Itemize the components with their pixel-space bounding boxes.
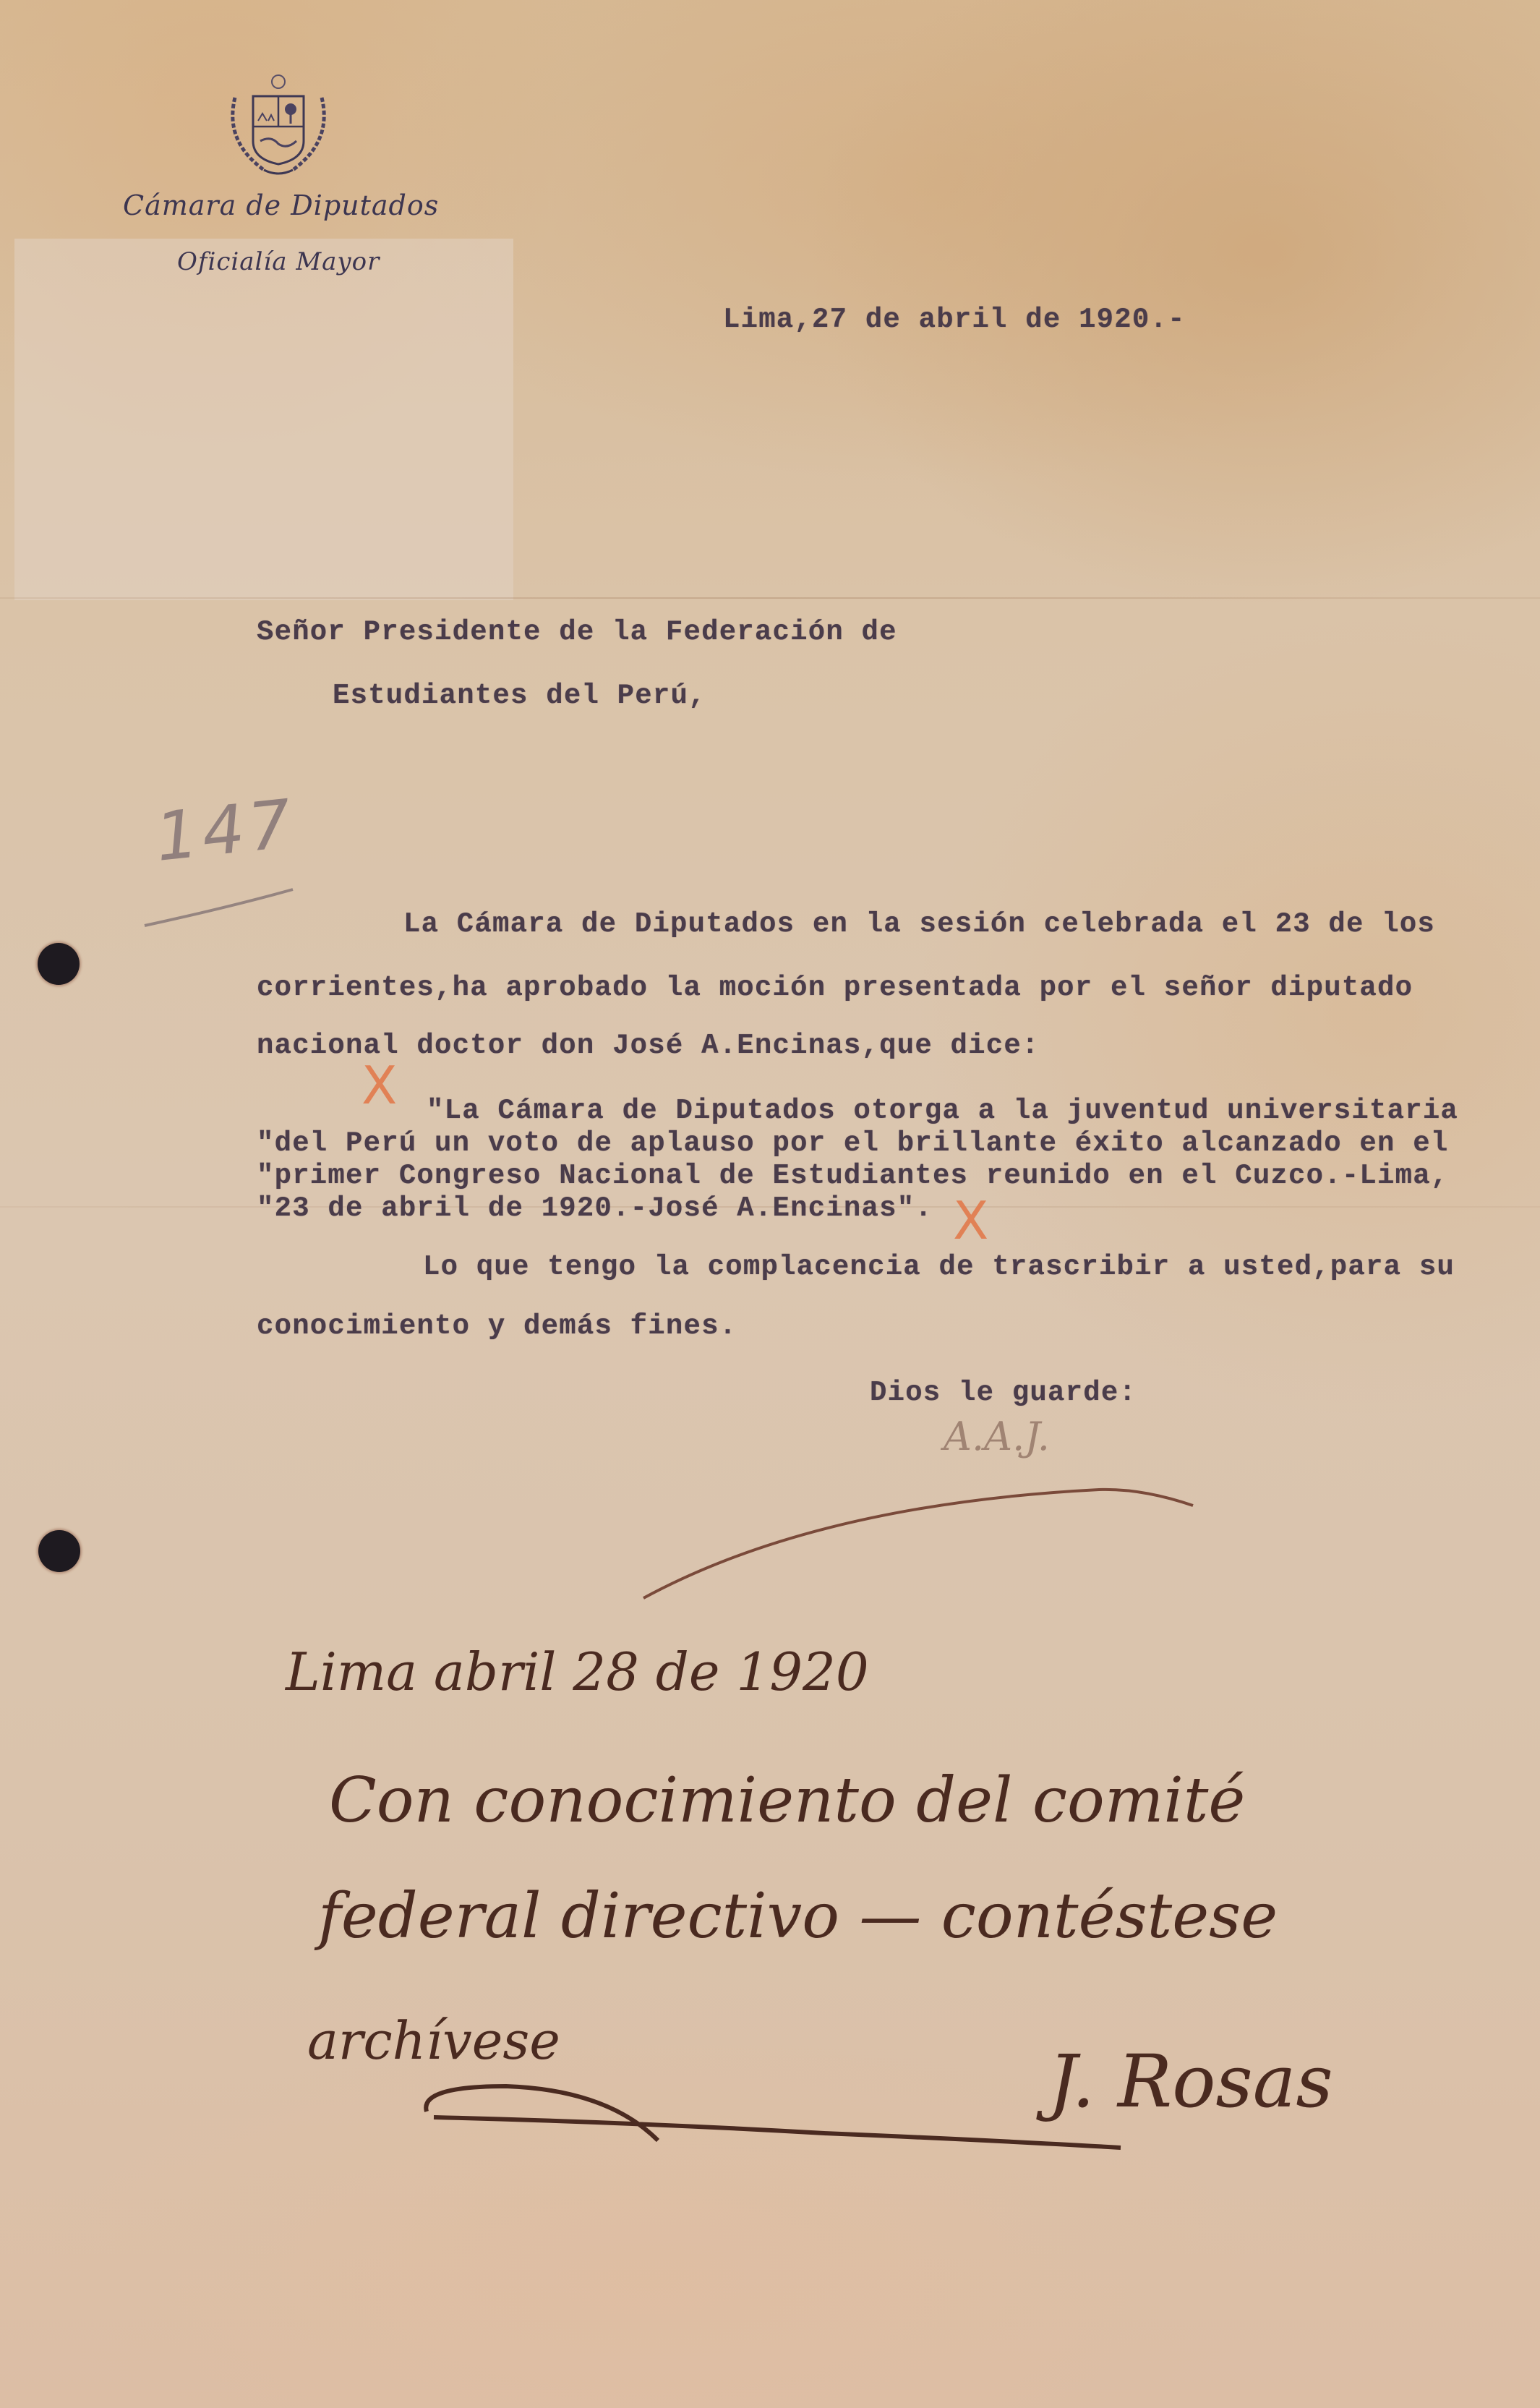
document-page: Cámara de Diputados Oficialía Mayor Lima… xyxy=(0,0,1540,2408)
handwritten-note-line: federal directivo — contéstese xyxy=(318,1880,1278,1952)
annotation-x-mark: X xyxy=(362,1059,397,1111)
closing: Dios le guarde: xyxy=(870,1377,1137,1409)
quote-line: "23 de abril de 1920.-José A.Encinas". xyxy=(257,1192,933,1224)
letterhead-office: Oficialía Mayor xyxy=(177,247,380,276)
handwritten-note-line: archívese xyxy=(307,2010,560,2071)
discolored-patch xyxy=(14,239,513,600)
recipient-line-1: Señor Presidente de la Federación de xyxy=(257,616,897,648)
letterhead-institution: Cámara de Diputados xyxy=(123,189,439,221)
pencil-reference-number: 147 xyxy=(152,785,299,876)
punch-hole xyxy=(38,943,80,985)
annotation-x-mark: X xyxy=(953,1195,988,1247)
coat-of-arms-icon xyxy=(221,69,336,184)
handwritten-note-line: Con conocimiento del comité xyxy=(329,1764,1245,1837)
quote-line: "primer Congreso Nacional de Estudiantes… xyxy=(257,1160,1448,1192)
body-line: conocimiento y demás fines. xyxy=(257,1310,737,1342)
pencil-underline xyxy=(141,886,300,929)
signature-initials: A.A.J. xyxy=(944,1414,1050,1459)
body-line: La Cámara de Diputados en la sesión cele… xyxy=(403,908,1435,940)
recipient-line-2: Estudiantes del Perú, xyxy=(333,680,706,712)
signature-flourish xyxy=(636,1475,1200,1605)
quote-line: "del Perú un voto de aplauso por el bril… xyxy=(257,1127,1448,1159)
body-line: corrientes,ha aprobado la moción present… xyxy=(257,972,1413,1004)
body-line: Lo que tengo la complacencia de trascrib… xyxy=(423,1251,1455,1283)
handwritten-date: Lima abril 28 de 1920 xyxy=(286,1641,869,1702)
place-date: Lima,27 de abril de 1920.- xyxy=(723,304,1186,336)
fold-line xyxy=(0,597,1540,599)
punch-hole xyxy=(38,1530,80,1572)
quote-line: "La Cámara de Diputados otorga a la juve… xyxy=(427,1095,1458,1127)
handwritten-signature: J. Rosas xyxy=(1048,2039,1333,2124)
